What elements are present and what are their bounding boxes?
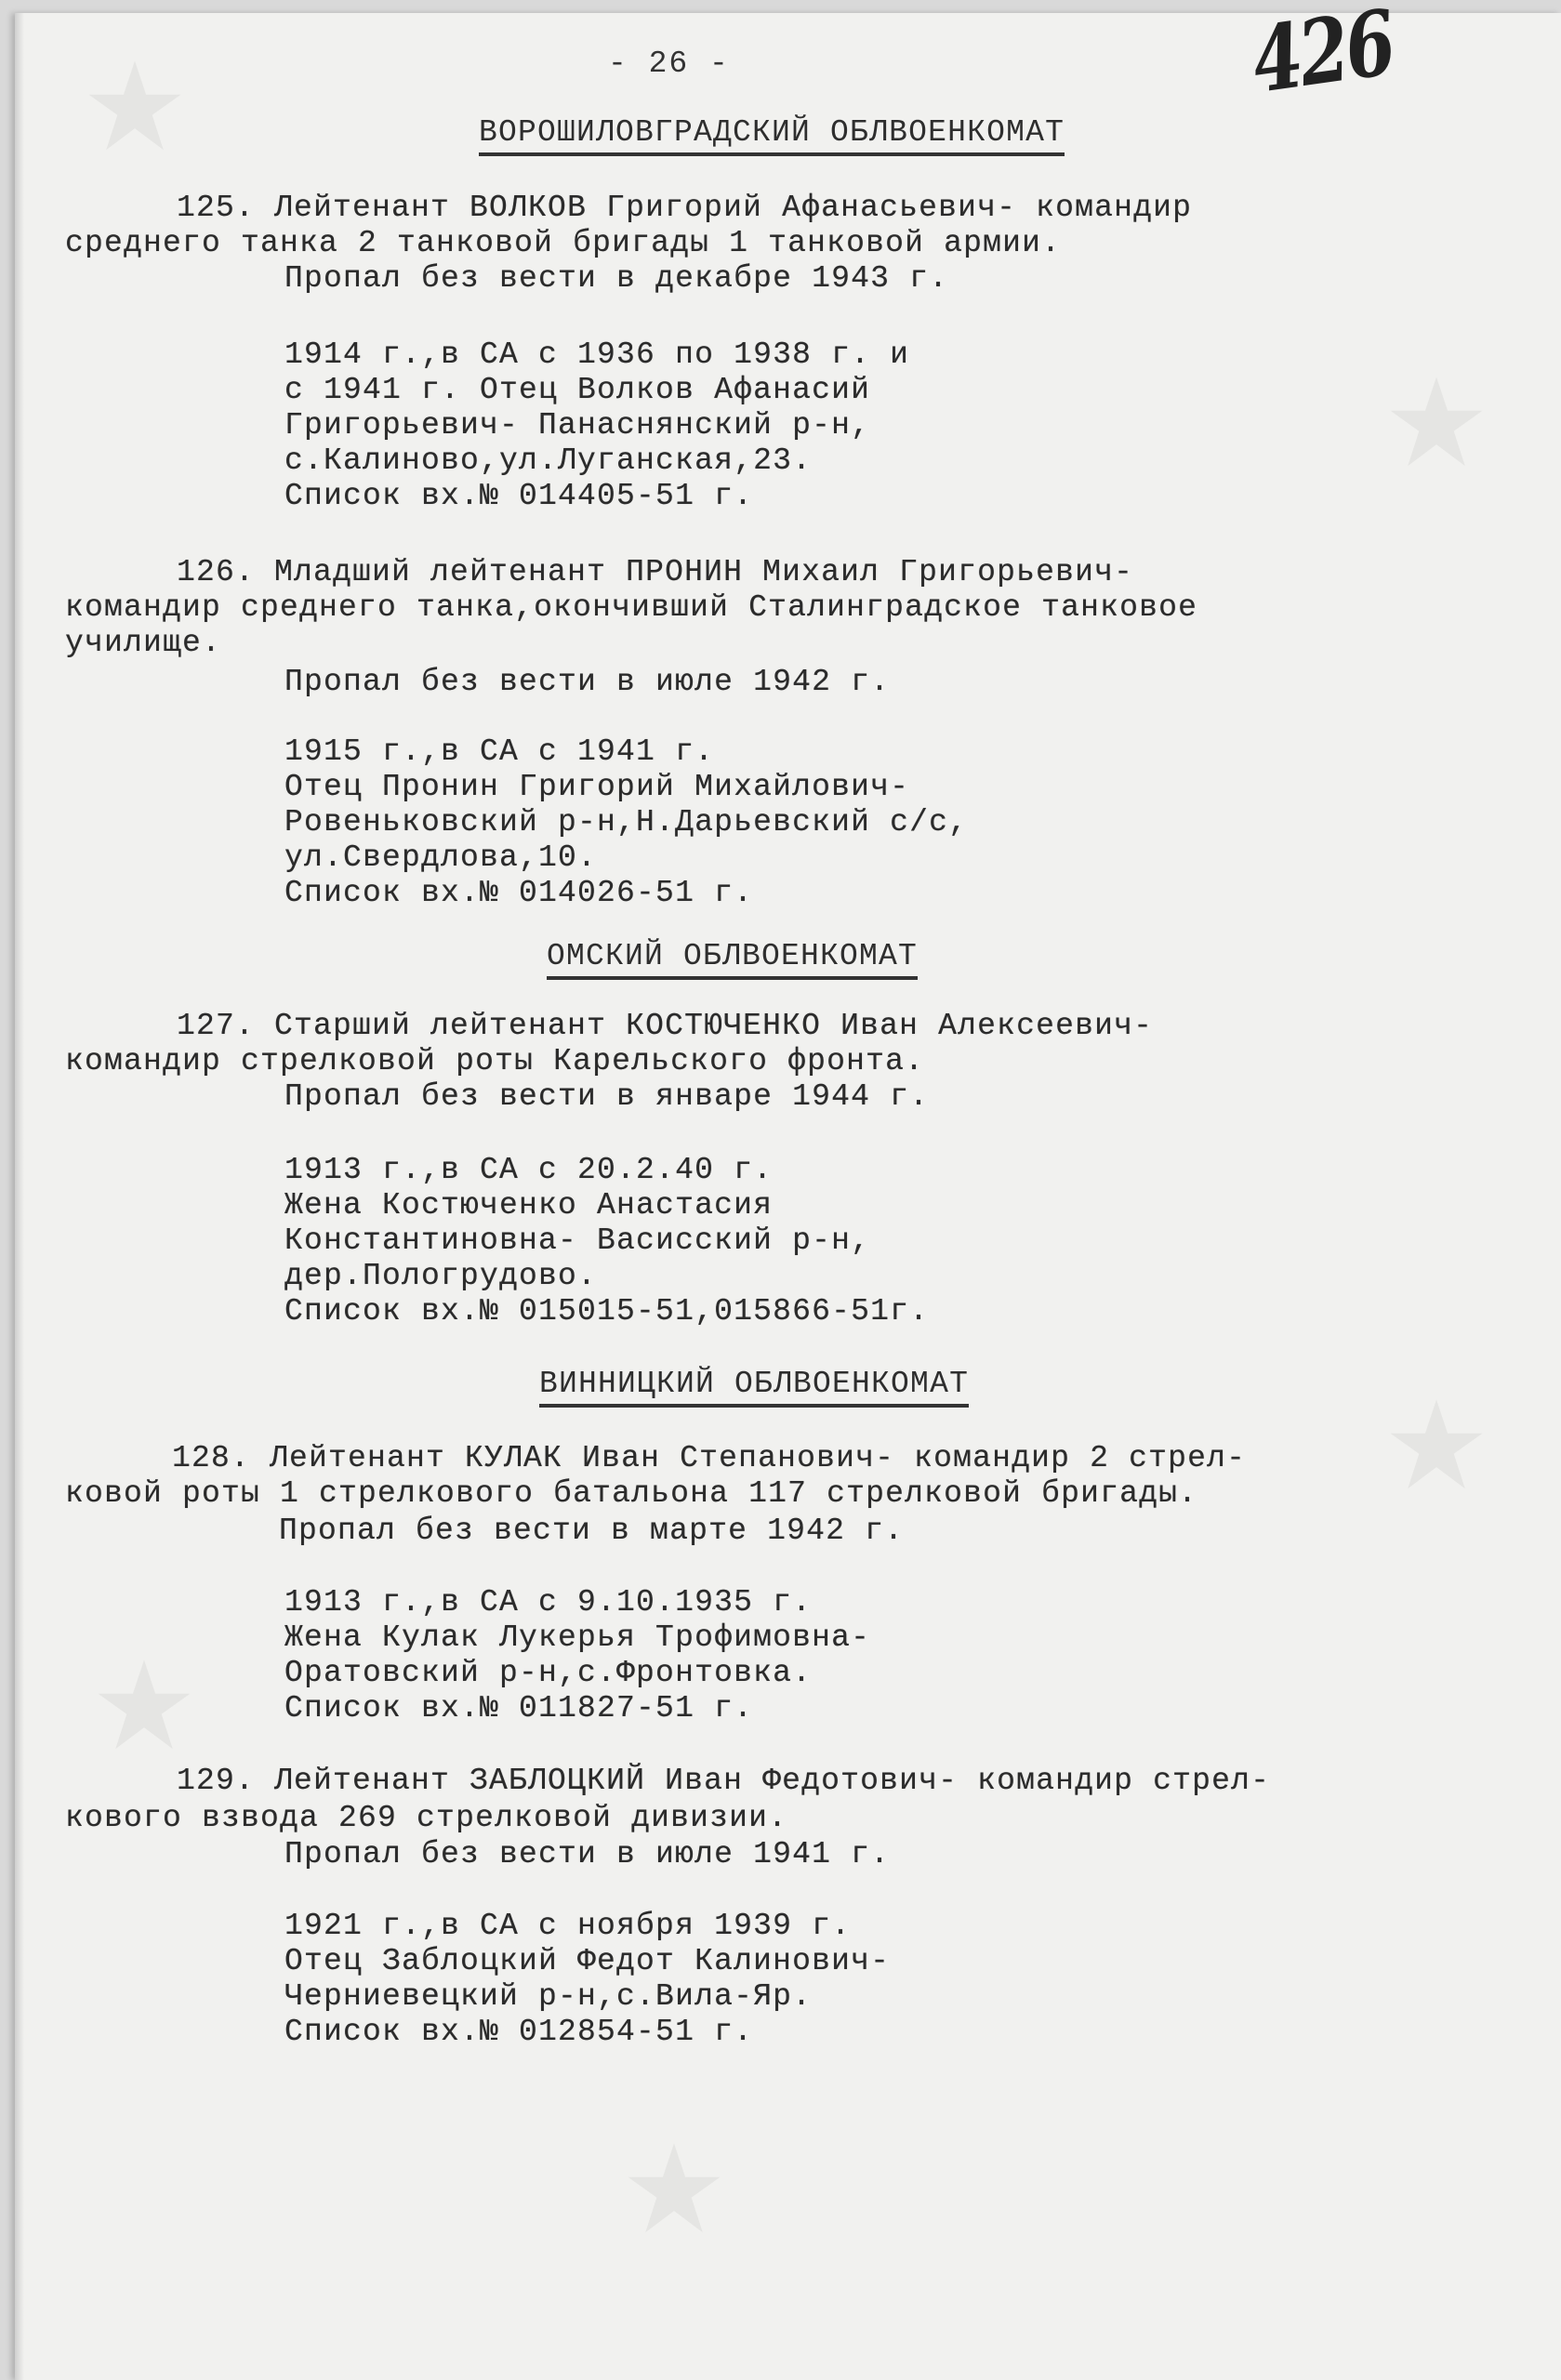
entry-line: командир стрелковой роты Карельского фро… [65,1044,924,1079]
detail-line: с.Калиново,ул.Луганская,23. [284,443,812,479]
detail-line: 1921 г.,в СА с ноября 1939 г. [284,1909,851,1944]
page-number: - 26 - [608,46,730,81]
detail-line: Черниевецкий р-н,с.Вила-Яр. [284,1979,812,2015]
missing-status: Пропал без вести в марте 1942 г. [279,1514,904,1549]
entry-line: 126. Младший лейтенант ПРОНИН Михаил Гри… [177,555,1133,590]
list-reference: Список вх.№ 015015-51,015866-51г. [284,1294,929,1329]
entry-line: 129. Лейтенант ЗАБЛОЦКИЙ Иван Федотович-… [177,1764,1270,1799]
detail-line: 1913 г.,в СА с 9.10.1935 г. [284,1585,812,1620]
detail-line: Отец Заблоцкий Федот Калинович- [284,1944,890,1979]
detail-line: Ровеньковский р-н,Н.Дарьевский с/с, [284,805,968,840]
list-reference: Список вх.№ 014405-51 г. [284,479,753,514]
detail-line: ул.Свердлова,10. [284,840,597,876]
missing-status: Пропал без вести в декабре 1943 г. [284,261,948,297]
entry-line: 128. Лейтенант КУЛАК Иван Степанович- ко… [172,1441,1246,1476]
handwritten-archive-number: 426 [1246,0,1399,113]
section-heading: ВИННИЦКИЙ ОБЛВОЕНКОМАТ [539,1367,969,1408]
detail-line: Жена Костюченко Анастасия [284,1188,773,1223]
detail-line: 1915 г.,в СА с 1941 г. [284,734,714,770]
detail-line: 1913 г.,в СА с 20.2.40 г. [284,1153,773,1188]
entry-line: училище. [65,626,221,661]
detail-line: Григорьевич- Панаснянский р-н, [284,408,870,443]
section-heading: ОМСКИЙ ОБЛВОЕНКОМАТ [547,939,918,980]
list-reference: Список вх.№ 014026-51 г. [284,876,753,911]
list-reference: Список вх.№ 012854-51 г. [284,2015,753,2050]
entry-line: 127. Старший лейтенант КОСТЮЧЕНКО Иван А… [177,1009,1153,1044]
detail-line: 1914 г.,в СА с 1936 по 1938 г. и [284,337,909,373]
missing-status: Пропал без вести в июле 1941 г. [284,1837,890,1872]
entry-line: командир среднего танка,окончивший Стали… [65,590,1197,626]
entry-line: кового взвода 269 стрелковой дивизии. [65,1801,787,1836]
detail-line: Отец Пронин Григорий Михайлович- [284,770,909,805]
section-heading: ВОРОШИЛОВГРАДСКИЙ ОБЛВОЕНКОМАТ [479,115,1065,156]
detail-line: с 1941 г. Отец Волков Афанасий [284,373,870,408]
entry-line: 125. Лейтенант ВОЛКОВ Григорий Афанасьев… [177,191,1192,226]
missing-status: Пропал без вести в январе 1944 г. [284,1079,929,1115]
detail-line: Константиновна- Васисский р-н, [284,1223,870,1259]
detail-line: Жена Кулак Лукерья Трофимовна- [284,1620,870,1656]
missing-status: Пропал без вести в июле 1942 г. [284,665,890,700]
detail-line: Оратовский р-н,с.Фронтовка. [284,1656,812,1691]
list-reference: Список вх.№ 011827-51 г. [284,1691,753,1726]
detail-line: дер.Пологрудово. [284,1259,597,1294]
entry-line: среднего танка 2 танковой бригады 1 танк… [65,226,1061,261]
entry-line: ковой роты 1 стрелкового батальона 117 с… [65,1476,1197,1512]
